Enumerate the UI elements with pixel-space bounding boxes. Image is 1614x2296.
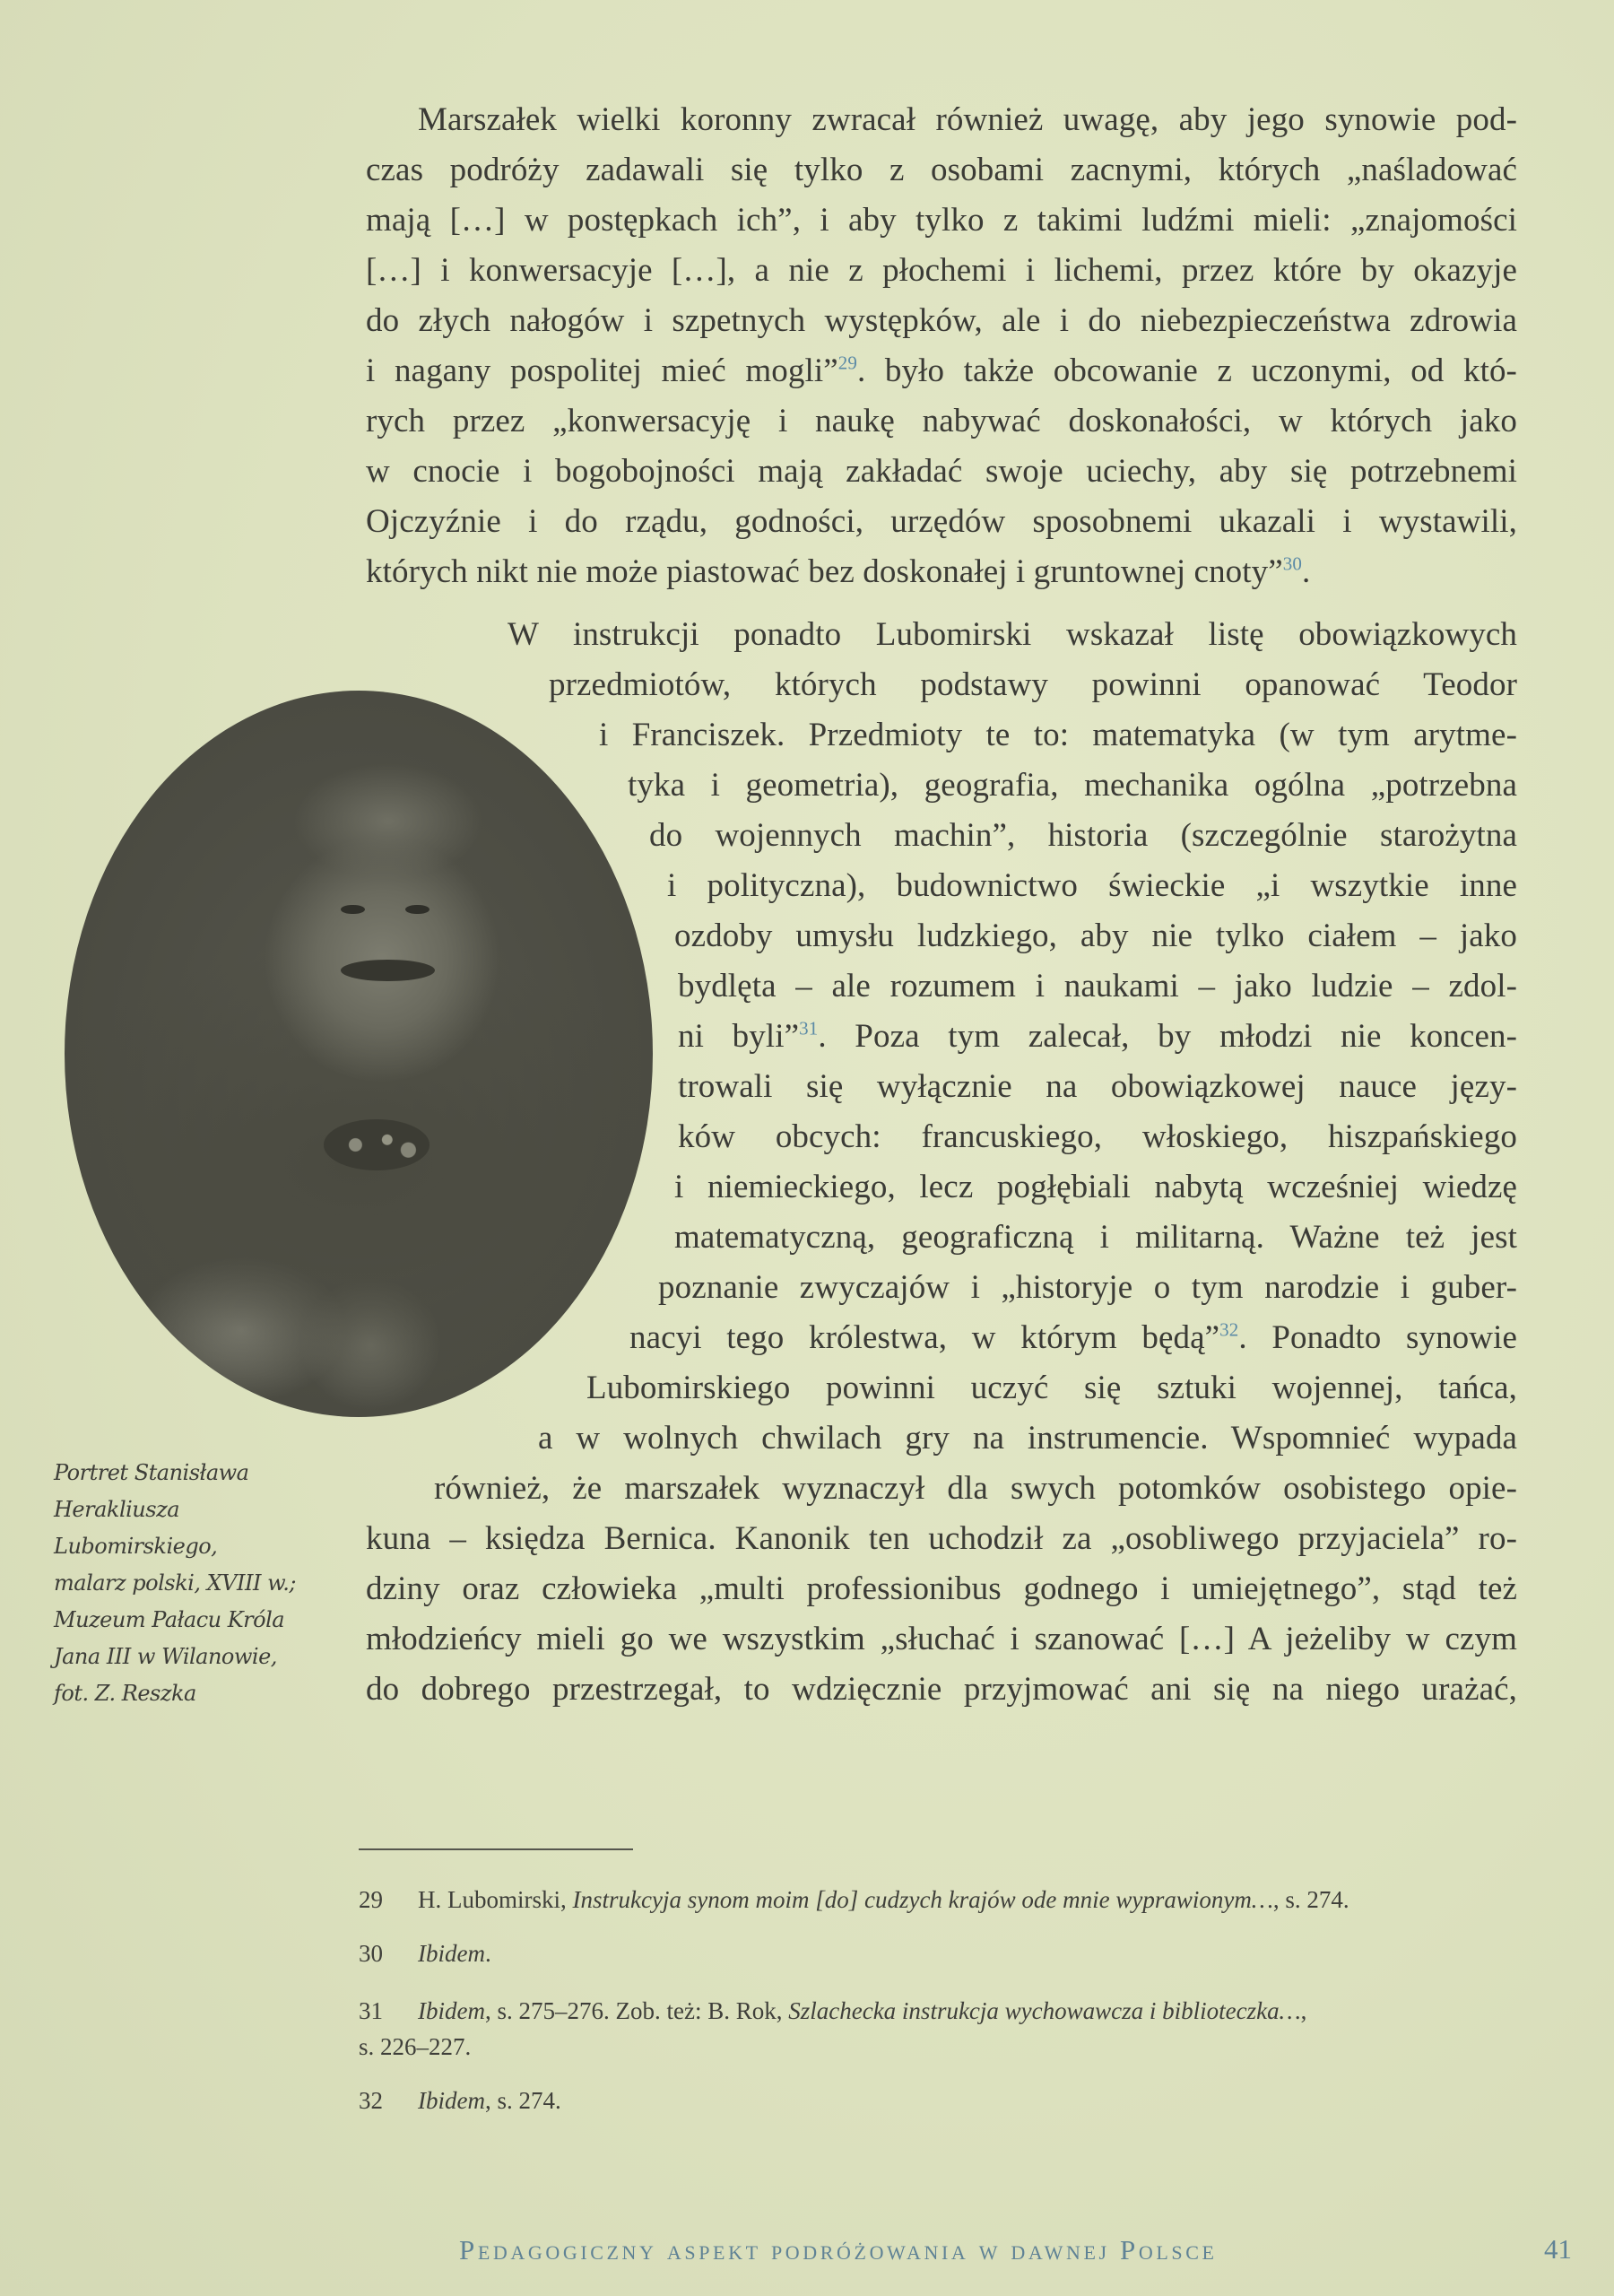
text-line: i niemieckiego, lecz pogłębiali nabytą w… — [674, 1162, 1517, 1213]
footnote-text: s. 226–227. — [359, 2033, 471, 2060]
text-line: i Franciszek. Przedmioty te to: matematy… — [599, 710, 1517, 761]
text-line: czas podróży zadawali się tylko z osobam… — [366, 145, 1517, 196]
text-segment: matematyczną, geograficzną i militarną. … — [674, 1219, 1517, 1256]
text-line: których nikt nie może piastować bez dosk… — [366, 547, 1469, 597]
text-segment: bydlęta – ale rozumem i naukami – jako l… — [678, 968, 1517, 1004]
text-line: matematyczną, geograficzną i militarną. … — [674, 1213, 1517, 1263]
text-line: i nagany pospolitej mieć mogli”29. było … — [366, 346, 1517, 396]
caption-line: Herakliusza — [54, 1492, 341, 1528]
text-segment: W instrukcji ponadto Lubomirski wskazał … — [508, 616, 1517, 653]
text-line: poznanie zwyczajów i „historyje o tym na… — [658, 1263, 1517, 1313]
text-segment: […] i konwersacyje […], a nie z płochemi… — [366, 252, 1517, 289]
footnote-text: , s. 274. — [1273, 1886, 1349, 1913]
footnote-number: 32 — [359, 2083, 418, 2118]
footnote-title: Szlachecka instrukcja wychowawcza i bibl… — [788, 1997, 1300, 2024]
footnote-reference[interactable]: 29 — [838, 352, 857, 374]
text-segment: rych przez „konwersacyję i naukę nabywać… — [366, 403, 1517, 439]
text-line: przedmiotów, których podstawy powinni op… — [549, 660, 1517, 710]
footnote-title: Ibidem — [418, 1997, 485, 2024]
portrait-eye-right — [405, 905, 429, 915]
footnote-reference[interactable]: 31 — [799, 1018, 818, 1039]
text-segment: i niemieckiego, lecz pogłębiali nabytą w… — [674, 1169, 1517, 1205]
text-line: […] i konwersacyje […], a nie z płochemi… — [366, 246, 1517, 296]
text-segment: i Franciszek. Przedmioty te to: matematy… — [599, 717, 1517, 753]
footnote-reference[interactable]: 32 — [1219, 1319, 1238, 1341]
portrait-mustache — [341, 960, 435, 981]
text-line: do złych nałogów i szpetnych występków, … — [366, 296, 1517, 346]
footnote-text: . — [485, 1940, 491, 1967]
text-segment: . było także obcowanie z uczonymi, od kt… — [857, 352, 1517, 389]
portrait-image — [65, 691, 653, 1417]
text-line: do dobrego przestrzegał, to wdzięcznie p… — [366, 1665, 1517, 1715]
footnote-number: 31 — [359, 1993, 418, 2029]
text-line: W instrukcji ponadto Lubomirski wskazał … — [508, 610, 1517, 660]
text-segment: ków obcych: francuskiego, włoskiego, his… — [678, 1118, 1517, 1155]
text-line: ozdoby umysłu ludzkiego, aby nie tylko c… — [674, 911, 1517, 961]
text-line: dziny oraz człowieka „multi professionib… — [366, 1564, 1517, 1614]
text-segment: . — [1302, 553, 1310, 590]
text-line: a w wolnych chwilach gry na instrumencie… — [538, 1413, 1517, 1464]
figure-caption: Portret Stanisława Herakliusza Lubomirsk… — [54, 1455, 341, 1712]
footnote-title: Instrukcyja synom moim [do] cudzych kraj… — [573, 1886, 1273, 1913]
portrait-brooch — [324, 1119, 430, 1170]
text-segment: ni byli” — [678, 1018, 799, 1055]
footnote-item: 30Ibidem. — [359, 1935, 491, 1971]
text-line: w cnocie i bogobojności mają zakładać sw… — [366, 447, 1517, 497]
text-line: mają […] w postępkach ich”, i aby tylko … — [366, 196, 1517, 246]
text-segment: trowali się wyłącznie na obowiązkowej na… — [678, 1068, 1517, 1105]
text-line: ni byli”31. Poza tym zalecał, by młodzi … — [678, 1012, 1517, 1062]
text-segment: przedmiotów, których podstawy powinni op… — [549, 666, 1517, 703]
text-line: bydlęta – ale rozumem i naukami – jako l… — [678, 961, 1517, 1012]
footnote-item: 31Ibidem, s. 275–276. Zob. też: B. Rok, … — [359, 1993, 1306, 2029]
text-line: nacyi tego królestwa, w którym będą”32. … — [629, 1313, 1517, 1363]
text-segment: poznanie zwyczajów i „historyje o tym na… — [658, 1269, 1517, 1306]
text-line: również, że marszałek wyznaczył dla swyc… — [434, 1464, 1517, 1514]
text-segment: również, że marszałek wyznaczył dla swyc… — [434, 1470, 1517, 1507]
page-number: 41 — [1544, 2233, 1572, 2266]
text-segment: których nikt nie może piastować bez dosk… — [366, 553, 1283, 590]
text-line: Lubomirskiego powinni uczyć się sztuki w… — [586, 1363, 1517, 1413]
text-segment: mają […] w postępkach ich”, i aby tylko … — [366, 202, 1517, 239]
text-segment: a w wolnych chwilach gry na instrumencie… — [538, 1420, 1517, 1457]
text-segment: . Ponadto synowie — [1238, 1319, 1517, 1356]
text-line: kuna – księdza Bernica. Kanonik ten ucho… — [366, 1514, 1517, 1564]
caption-line: malarz polski, XVIII w.; — [54, 1565, 341, 1602]
text-segment: tyka i geometria), geografia, mechanika … — [628, 767, 1517, 804]
footnote-title: Ibidem — [418, 2087, 485, 2114]
caption-line: Portret Stanisława — [54, 1455, 341, 1492]
text-segment: Marszałek wielki koronny zwracał również… — [418, 101, 1517, 138]
caption-line: Lubomirskiego, — [54, 1528, 341, 1565]
caption-line: Muzeum Pałacu Króla — [54, 1602, 341, 1639]
footnote-text: , s. 274. — [485, 2087, 561, 2114]
footnote-item: 29H. Lubomirski, Instrukcyja synom moim … — [359, 1882, 1349, 1918]
text-line: Marszałek wielki koronny zwracał również… — [418, 95, 1517, 145]
footnote-number: 29 — [359, 1882, 418, 1918]
footnote-title: Ibidem — [418, 1940, 485, 1967]
text-segment: nacyi tego królestwa, w którym będą” — [629, 1319, 1219, 1356]
caption-line: Jana III w Wilanowie, — [54, 1639, 341, 1675]
text-segment: ozdoby umysłu ludzkiego, aby nie tylko c… — [674, 918, 1517, 954]
footnote-separator — [359, 1848, 633, 1850]
text-segment: młodzieńcy mieli go we wszystkim „słucha… — [366, 1621, 1517, 1657]
footnote-reference[interactable]: 30 — [1283, 553, 1302, 575]
text-segment: dziny oraz człowieka „multi professionib… — [366, 1570, 1517, 1607]
text-segment: w cnocie i bogobojności mają zakładać sw… — [366, 453, 1517, 490]
text-line: ków obcych: francuskiego, włoskiego, his… — [678, 1112, 1517, 1162]
footnote-continuation: s. 226–227. — [359, 2029, 471, 2065]
text-line: tyka i geometria), geografia, mechanika … — [628, 761, 1517, 811]
footnote-text: H. Lubomirski, — [418, 1886, 573, 1913]
text-segment: . Poza tym zalecał, by młodzi nie koncen… — [818, 1018, 1517, 1055]
running-footer-title: Pedagogiczny aspekt podróżowania w dawne… — [459, 2234, 1218, 2266]
footnote-item: 32Ibidem, s. 274. — [359, 2083, 561, 2118]
text-segment: Lubomirskiego powinni uczyć się sztuki w… — [586, 1370, 1517, 1406]
text-line: rych przez „konwersacyję i naukę nabywać… — [366, 396, 1517, 447]
text-segment: Ojczyźnie i do rządu, godności, urzędów … — [366, 503, 1517, 540]
text-line: do wojennych machin”, historia (szczegól… — [649, 811, 1517, 861]
text-line: młodzieńcy mieli go we wszystkim „słucha… — [366, 1614, 1517, 1665]
footnote-text: , s. 275–276. Zob. też: B. Rok, — [485, 1997, 788, 2024]
portrait-eye-left — [341, 905, 364, 915]
text-segment: czas podróży zadawali się tylko z osobam… — [366, 152, 1517, 188]
text-segment: kuna – księdza Bernica. Kanonik ten ucho… — [366, 1520, 1517, 1557]
footnote-text: , — [1301, 1997, 1307, 2024]
text-line: Ojczyźnie i do rządu, godności, urzędów … — [366, 497, 1517, 547]
text-segment: do złych nałogów i szpetnych występków, … — [366, 302, 1517, 339]
text-segment: i polityczna), budownictwo świeckie „i w… — [667, 867, 1517, 904]
text-segment: i nagany pospolitej mieć mogli” — [366, 352, 838, 389]
footnote-number: 30 — [359, 1935, 418, 1971]
text-line: trowali się wyłącznie na obowiązkowej na… — [678, 1062, 1517, 1112]
book-page: Marszałek wielki koronny zwracał również… — [0, 0, 1614, 2296]
text-segment: do wojennych machin”, historia (szczegól… — [649, 817, 1517, 854]
caption-line: fot. Z. Reszka — [54, 1675, 341, 1712]
text-segment: do dobrego przestrzegał, to wdzięcznie p… — [366, 1671, 1517, 1708]
text-line: i polityczna), budownictwo świeckie „i w… — [667, 861, 1517, 911]
